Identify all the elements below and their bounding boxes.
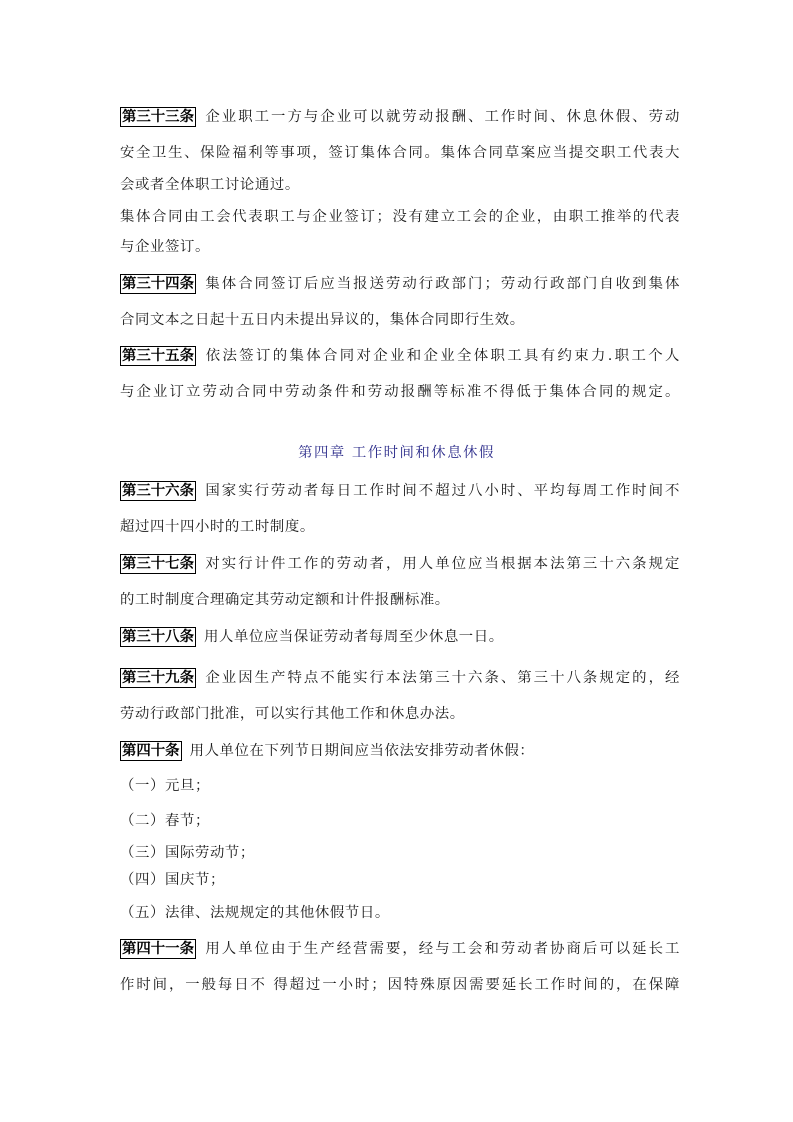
article-37-line-1: 第三十七条对实行计件工作的劳动者，用人单位应当根据本法第三十六条规定 (120, 554, 680, 574)
article-34-line-2: 合同文本之日起十五日内未提出异议的，集体合同即行生效。 (120, 310, 680, 330)
article-text: 合同文本之日起十五日内未提出异议的，集体合同即行生效。 (120, 312, 525, 328)
article-label: 第三十七条 (120, 554, 196, 574)
article-label: 第四十条 (120, 741, 182, 761)
article-36-line-2: 超过四十四小时的工时制度。 (120, 517, 680, 537)
holiday-list-item: （三）国际劳动节； (120, 843, 680, 863)
holiday-item-text: （三）国际劳动节； (120, 845, 255, 861)
article-39-line-1: 第三十九条企业因生产特点不能实行本法第三十六条、第三十八条规定的，经 (120, 668, 680, 688)
article-41-line-2: 作时间，一般每日不 得超过一小时；因特殊原因需要延长工作时间的，在保障 (120, 975, 680, 995)
holiday-list-item: （二）春节； (120, 811, 680, 831)
article-39-line-2: 劳动行政部门批准，可以实行其他工作和休息办法。 (120, 704, 680, 724)
article-text: 企业因生产特点不能实行本法第三十六条、第三十八条规定的，经 (204, 670, 680, 686)
article-text: 作时间，一般每日不 得超过一小时；因特殊原因需要延长工作时间的，在保障 (120, 977, 680, 993)
article-35-line-1: 第三十五条依法签订的集体合同对企业和企业全体职工具有约束力.职工个人 (120, 346, 680, 366)
article-text: 对实行计件工作的劳动者，用人单位应当根据本法第三十六条规定 (204, 556, 680, 572)
article-text: 安全卫生、保险福利等事项，签订集体合同。集体合同草案应当提交职工代表大 (120, 145, 680, 161)
article-text: 用人单位由于生产经营需要，经与工会和劳动者协商后可以延长工 (204, 941, 680, 957)
holiday-list-item: （一）元旦； (120, 776, 680, 796)
article-text: 的工时制度合理确定其劳动定额和计件报酬标准。 (120, 592, 450, 608)
article-40-line-1: 第四十条用人单位在下列节日期间应当依法安排劳动者休假： (120, 741, 680, 761)
chapter-title: 第四章 工作时间和休息休假 (0, 443, 793, 463)
article-text: 国家实行劳动者每日工作时间不超过八小时、平均每周工作时间不 (204, 483, 680, 499)
article-text: 企业职工一方与企业可以就劳动报酬、工作时间、休息休假、劳动 (204, 109, 680, 125)
article-33-line-1: 第三十三条企业职工一方与企业可以就劳动报酬、工作时间、休息休假、劳动 (120, 107, 680, 127)
article-text: 会或者全体职工讨论通过。 (120, 177, 300, 193)
article-text: 集体合同由工会代表职工与企业签订；没有建立工会的企业，由职工推举的代表 (120, 209, 680, 225)
article-text: 用人单位应当保证劳动者每周至少休息一日。 (204, 629, 504, 645)
article-33-line-2: 安全卫生、保险福利等事项，签订集体合同。集体合同草案应当提交职工代表大 (120, 143, 680, 163)
article-text: 用人单位在下列节日期间应当依法安排劳动者休假： (190, 743, 535, 759)
holiday-item-text: （五）法律、法规规定的其他休假节日。 (120, 905, 390, 921)
article-text: 集体合同签订后应当报送劳动行政部门；劳动行政部门自收到集体 (204, 276, 680, 292)
article-text: 与企业签订。 (120, 239, 210, 255)
holiday-list-item: （四）国庆节； (120, 870, 680, 890)
article-33-line-3: 会或者全体职工讨论通过。 (120, 175, 680, 195)
article-41-line-1: 第四十一条用人单位由于生产经营需要，经与工会和劳动者协商后可以延长工 (120, 939, 680, 959)
article-34-line-1: 第三十四条集体合同签订后应当报送劳动行政部门；劳动行政部门自收到集体 (120, 274, 680, 294)
article-37-line-2: 的工时制度合理确定其劳动定额和计件报酬标准。 (120, 590, 680, 610)
article-label: 第三十三条 (120, 107, 196, 127)
article-label: 第三十六条 (120, 481, 196, 501)
article-35-line-2: 与企业订立劳动合同中劳动条件和劳动报酬等标准不得低于集体合同的规定。 (120, 382, 680, 402)
holiday-list-item: （五）法律、法规规定的其他休假节日。 (120, 903, 680, 923)
holiday-item-text: （四）国庆节； (120, 872, 225, 888)
article-36-line-1: 第三十六条国家实行劳动者每日工作时间不超过八小时、平均每周工作时间不 (120, 481, 680, 501)
article-33-line-4: 集体合同由工会代表职工与企业签订；没有建立工会的企业，由职工推举的代表 (120, 207, 680, 227)
article-text: 依法签订的集体合同对企业和企业全体职工具有约束力.职工个人 (204, 348, 680, 364)
article-label: 第三十九条 (120, 668, 196, 688)
holiday-item-text: （一）元旦； (120, 778, 210, 794)
document-page: 第三十三条企业职工一方与企业可以就劳动报酬、工作时间、休息休假、劳动 安全卫生、… (0, 0, 793, 1122)
article-label: 第三十八条 (120, 627, 196, 647)
article-text: 超过四十四小时的工时制度。 (120, 519, 315, 535)
article-33-line-5: 与企业签订。 (120, 237, 680, 257)
article-38-line-1: 第三十八条用人单位应当保证劳动者每周至少休息一日。 (120, 627, 680, 647)
article-label: 第三十四条 (120, 274, 196, 294)
article-text: 与企业订立劳动合同中劳动条件和劳动报酬等标准不得低于集体合同的规定。 (120, 384, 680, 400)
holiday-item-text: （二）春节； (120, 813, 210, 829)
article-label: 第四十一条 (120, 939, 196, 959)
article-text: 劳动行政部门批准，可以实行其他工作和休息办法。 (120, 706, 465, 722)
article-label: 第三十五条 (120, 346, 196, 366)
